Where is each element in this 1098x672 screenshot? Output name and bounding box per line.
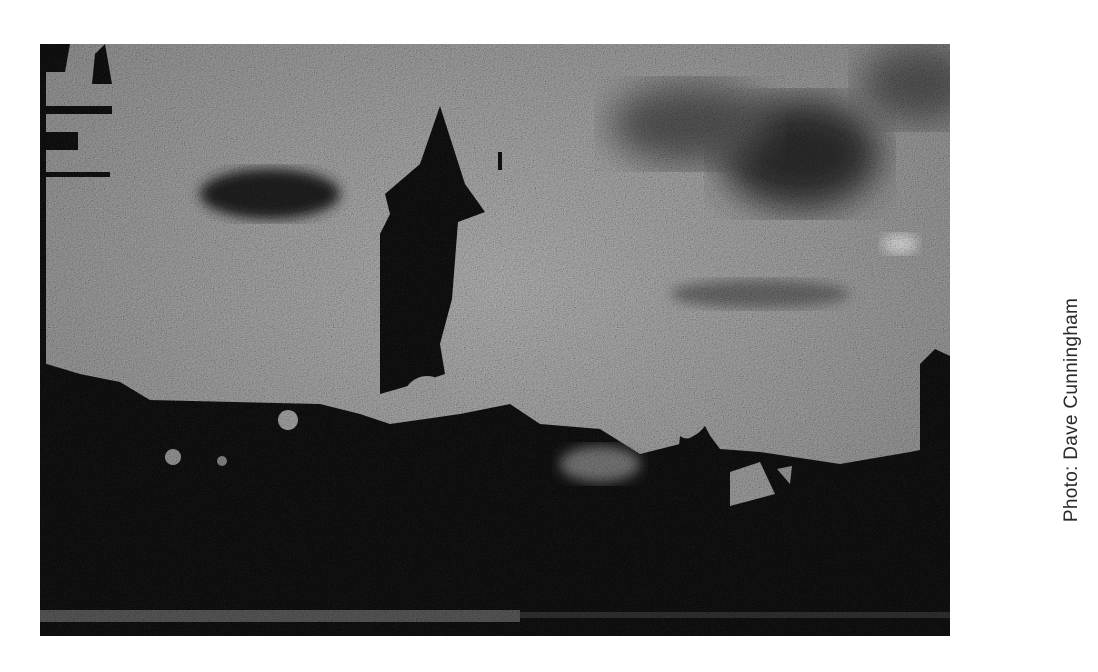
halftone-photograph — [40, 44, 950, 636]
photo-credit: Photo: Dave Cunningham — [1061, 298, 1083, 522]
